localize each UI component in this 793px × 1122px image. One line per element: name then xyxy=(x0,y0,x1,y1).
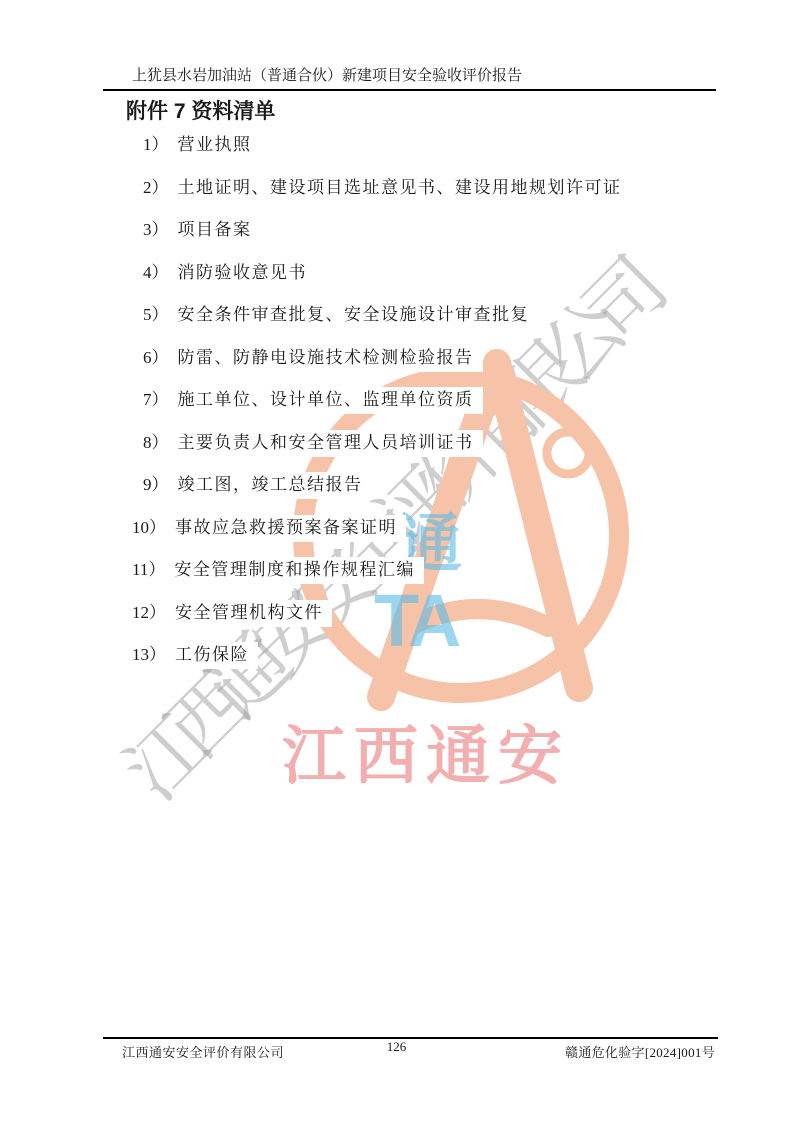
item-number: 1） xyxy=(143,135,169,154)
item-number: 7） xyxy=(143,390,169,409)
item-text: 营业执照 xyxy=(178,135,252,154)
item-number: 11） xyxy=(132,560,165,579)
list-item: 1）营业执照 xyxy=(142,132,702,159)
item-text: 事故应急救援预案备案证明 xyxy=(175,518,397,537)
item-text: 消防验收意见书 xyxy=(178,263,308,282)
item-number: 2） xyxy=(143,178,169,197)
list-item: 11）安全管理制度和操作规程汇编 xyxy=(131,557,702,584)
item-text: 防雷、防静电设施技术检测检验报告 xyxy=(178,348,474,367)
item-text: 工伤保险 xyxy=(175,645,249,664)
item-number: 4） xyxy=(143,263,169,282)
list-item: 10）事故应急救援预案备案证明 xyxy=(131,515,702,542)
page-header-title: 上犹县水岩加油站（普通合伙）新建项目安全验收评价报告 xyxy=(132,66,525,86)
item-text: 安全管理机构文件 xyxy=(175,603,323,622)
document-page: 江西通安安全评价有限公司 通 TA 江西通安 上犹县水岩加油站（普通合伙）新建项… xyxy=(0,0,793,1122)
item-number: 6） xyxy=(143,348,169,367)
item-text: 施工单位、设计单位、监理单位资质 xyxy=(178,390,474,409)
document-list: 1）营业执照 2）土地证明、建设项目选址意见书、建设用地规划许可证 3）项目备案… xyxy=(142,132,702,685)
item-text: 主要负责人和安全管理人员培训证书 xyxy=(178,433,474,452)
item-number: 10） xyxy=(132,518,166,537)
page-content: 上犹县水岩加油站（普通合伙）新建项目安全验收评价报告 附件 7 资料清单 1）营… xyxy=(0,0,793,1122)
item-text: 项目备案 xyxy=(178,220,252,239)
item-text: 土地证明、建设项目选址意见书、建设用地规划许可证 xyxy=(178,178,622,197)
item-text: 安全条件审查批复、安全设施设计审查批复 xyxy=(178,305,530,324)
list-item: 3）项目备案 xyxy=(142,217,702,244)
item-number: 5） xyxy=(143,305,169,324)
footer-document-number: 赣通危化验字[2024]001号 xyxy=(565,1042,715,1061)
list-item: 8）主要负责人和安全管理人员培训证书 xyxy=(142,430,702,457)
list-item: 12）安全管理机构文件 xyxy=(131,600,702,627)
page-number: 126 xyxy=(387,1039,407,1055)
list-item: 2）土地证明、建设项目选址意见书、建设用地规划许可证 xyxy=(142,175,702,202)
item-number: 9） xyxy=(143,475,169,494)
item-number: 3） xyxy=(143,220,169,239)
list-item: 6）防雷、防静电设施技术检测检验报告 xyxy=(142,345,702,372)
item-number: 12） xyxy=(132,603,166,622)
list-item: 7）施工单位、设计单位、监理单位资质 xyxy=(142,387,702,414)
list-item: 13）工伤保险 xyxy=(131,642,702,669)
attachment-title: 附件 7 资料清单 xyxy=(126,99,279,125)
footer-company-name: 江西通安安全评价有限公司 xyxy=(122,1042,284,1061)
list-item: 5）安全条件审查批复、安全设施设计审查批复 xyxy=(142,302,702,329)
item-text: 安全管理制度和操作规程汇编 xyxy=(174,560,415,579)
item-number: 13） xyxy=(132,645,166,664)
item-text: 竣工图，竣工总结报告 xyxy=(178,475,363,494)
list-item: 9）竣工图，竣工总结报告 xyxy=(142,472,702,499)
footer-rule xyxy=(103,1037,718,1039)
list-item: 4）消防验收意见书 xyxy=(142,260,702,287)
item-number: 8） xyxy=(143,433,169,452)
header-rule xyxy=(103,89,716,91)
